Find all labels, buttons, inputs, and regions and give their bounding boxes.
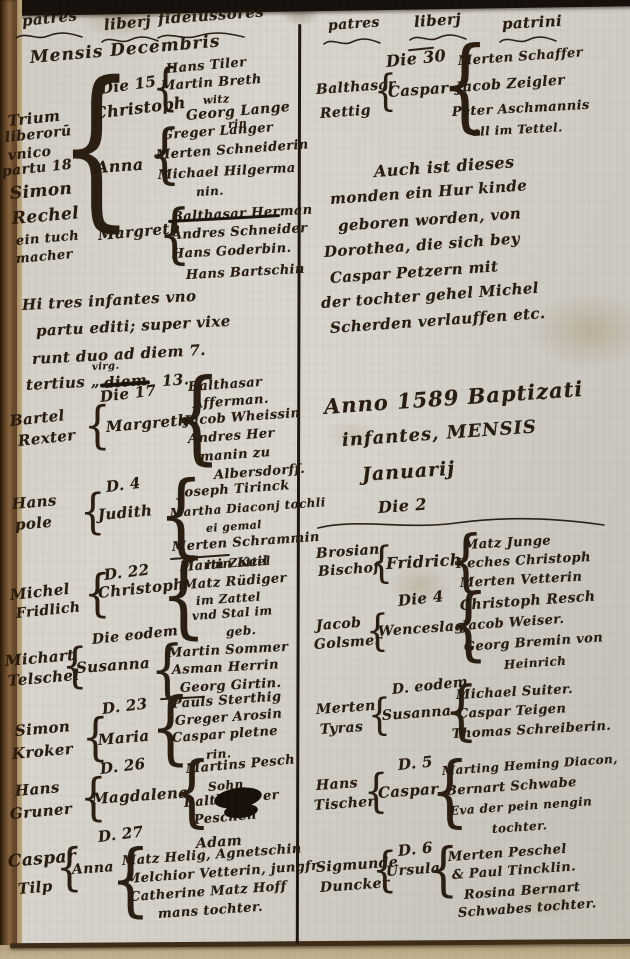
father-name-line: Simon <box>14 717 71 740</box>
latin-note-line: partu editi; super vixe <box>36 312 232 340</box>
manuscript-page: patres liberj fideiussores Mensis Decemb… <box>0 0 630 959</box>
entry-date: D. 5 <box>397 752 434 774</box>
register-note-line: Dorothea, die sich bey <box>323 229 520 261</box>
year-heading-line: Anno 1589 Baptizati <box>323 376 584 419</box>
godparent-line: Asman Herrin <box>172 657 280 678</box>
godparent-line: tochter. <box>492 818 548 836</box>
father-name-line: Rettig <box>319 102 371 122</box>
father-name-line: Hans <box>11 491 57 513</box>
entry-date: D. 4 <box>105 474 142 496</box>
child-name: Susanna <box>75 654 150 677</box>
child-name: Maria <box>97 727 150 749</box>
child-name: Anna <box>71 859 114 878</box>
flourish <box>322 36 382 48</box>
godparent-line: nin. <box>196 184 224 199</box>
godparent-line: Hans Bartschin <box>186 262 306 283</box>
column-header-sponsors: patrini <box>502 12 563 33</box>
register-note-line: Auch ist dieses <box>373 152 515 181</box>
latin-note-line: Hi tres infantes vno <box>22 287 197 314</box>
father-name-line: macher <box>15 247 73 267</box>
child-name: Anna <box>95 155 144 177</box>
father-name-line: Jacob <box>315 615 361 634</box>
godparent-line: Matz Junge <box>464 533 552 553</box>
godparent-line: mans tochter. <box>157 900 263 922</box>
godparent-line: Andres Schneider <box>172 221 308 243</box>
father-name-line: Fridlich <box>15 599 81 622</box>
child-name: Judith <box>97 501 153 524</box>
father-name-line: Kroker <box>11 740 74 763</box>
column-header-patres: patres <box>327 14 380 34</box>
godparent-line: Eva der pein nengin <box>450 794 593 818</box>
year-heading-line: Die 2 <box>377 495 427 517</box>
father-name-line: Tyras <box>319 719 363 738</box>
father-name-line: Tilp <box>17 877 53 898</box>
godparent-line: ei gemal <box>206 518 263 535</box>
flourish <box>498 34 558 46</box>
father-name-line: Hans <box>14 778 60 800</box>
register-note-line: monden ein Hur kinde <box>329 176 527 208</box>
father-name-line: Hans <box>315 775 358 794</box>
father-name-line: pole <box>14 513 53 534</box>
father-name-line: Rexter <box>17 426 76 450</box>
godparent-line: rin <box>228 117 248 131</box>
flourish <box>14 30 84 42</box>
godparent-line: geb. <box>226 623 257 639</box>
latin-note-line: tertius „ <box>26 372 101 394</box>
column-divider-rule <box>296 24 301 944</box>
entry-date: Die 4 <box>397 587 445 610</box>
child-name: Susanna <box>381 703 451 724</box>
year-heading-line: Januarij <box>361 458 456 486</box>
godparent-line: Heinrich <box>504 654 567 672</box>
latin-note-insert: virg. <box>92 361 120 373</box>
year-heading-line: infantes, MENSIS <box>341 416 537 451</box>
column-header-liberi: liberj <box>103 12 152 34</box>
